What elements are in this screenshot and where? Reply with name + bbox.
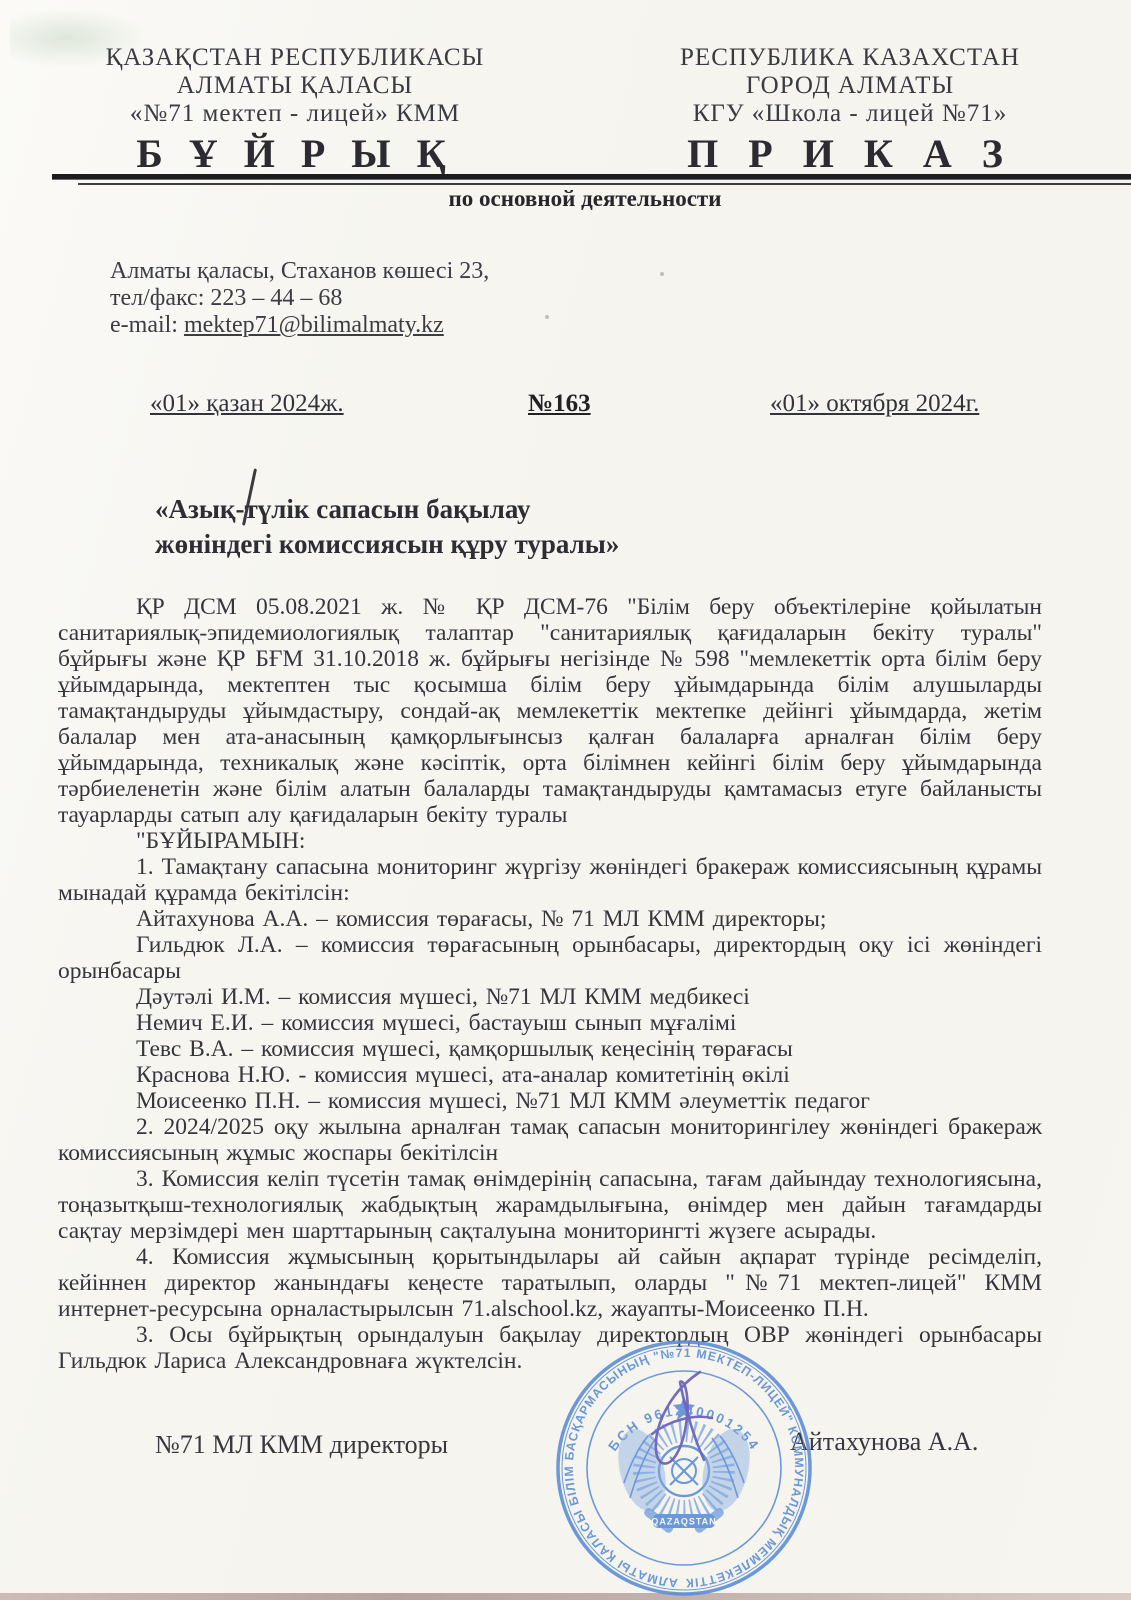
document-number: №163	[528, 390, 591, 418]
letterhead-kazakh: ҚАЗАҚСТАН РЕСПУБЛИКАСЫ АЛМАТЫ ҚАЛАСЫ «№7…	[95, 44, 495, 168]
order-clause: 3. Комиссия келіп түсетін тамақ өнімдері…	[58, 1166, 1042, 1244]
order-clause: 3. Осы бұйрықтың орындалуын бақылау дире…	[58, 1322, 1042, 1374]
commission-member: Тевс В.А. – комиссия мүшесі, қамқоршылық…	[58, 1036, 1042, 1062]
email-label: e-mail:	[110, 312, 184, 338]
signer-name: Айтахунова А.А.	[790, 1427, 978, 1457]
email-address: mektep71@bilimalmaty.kz	[184, 312, 444, 338]
school-line-ru: КГУ «Школа - лицей №71»	[645, 100, 1055, 128]
order-clause: "БҰЙЫРАМЫН:	[58, 828, 1042, 854]
signer-position: №71 МЛ КММ директоры	[155, 1430, 448, 1460]
email-line: e-mail: mektep71@bilimalmaty.kz	[110, 312, 489, 339]
country-line-kk: ҚАЗАҚСТАН РЕСПУБЛИКАСЫ	[95, 44, 495, 72]
header-rule-thick	[52, 174, 1131, 179]
city-line-kk: АЛМАТЫ ҚАЛАСЫ	[95, 72, 495, 100]
phone-line: тел/факс: 223 – 44 – 68	[110, 285, 489, 312]
commission-member: Дәутәлі И.М. – комиссия мүшесі, №71 МЛ К…	[58, 984, 1042, 1010]
commission-member: Немич Е.И. – комиссия мүшесі, бастауыш с…	[58, 1010, 1042, 1036]
school-line-kk: «№71 мектеп - лицей» КММ	[95, 100, 495, 128]
commission-member: Гильдюк Л.А. – комиссия төрағасының орын…	[58, 932, 1042, 984]
date-kazakh: «01» қазан 2024ж.	[150, 390, 344, 418]
official-stamp: АЛМАТЫ ҚАЛАСЫ БІЛІМ БАСҚАРМАСЫНЫҢ "№71 М…	[554, 1338, 818, 1600]
country-line-ru: РЕСПУБЛИКА КАЗАХСТАН	[645, 44, 1055, 72]
commission-member: Краснова Н.Ю. - комиссия мүшесі, ата-ана…	[58, 1062, 1042, 1088]
commission-member: Айтахунова А.А. – комиссия төрағасы, № 7…	[58, 906, 1042, 932]
order-body: ҚР ДСМ 05.08.2021 ж. № ҚР ДСМ-76 "Білім …	[58, 594, 1042, 1374]
address-line: Алматы қаласы, Стаханов көшесі 23,	[110, 258, 489, 285]
order-paragraph: ҚР ДСМ 05.08.2021 ж. № ҚР ДСМ-76 "Білім …	[58, 594, 1042, 828]
scan-speck	[545, 315, 549, 319]
order-word-ru: П Р И К А З	[645, 140, 1055, 168]
order-type-caption: по основной деятельности	[40, 186, 1130, 212]
scan-speck	[660, 272, 664, 276]
subject-line-1: «Азық-түлік сапасын бақылау	[155, 492, 619, 527]
subject-line-2: жөніндегі комиссиясын құру туралы»	[155, 527, 619, 562]
commission-member: Моисеенко П.Н. – комиссия мүшесі, №71 МЛ…	[58, 1088, 1042, 1114]
letterhead-russian: РЕСПУБЛИКА КАЗАХСТАН ГОРОД АЛМАТЫ КГУ «Ш…	[645, 44, 1055, 168]
stamp-banner-text: QAZAQSTAN	[651, 1517, 716, 1527]
order-subject: «Азық-түлік сапасын бақылау жөніндегі ко…	[155, 492, 619, 562]
city-line-ru: ГОРОД АЛМАТЫ	[645, 72, 1055, 100]
order-clause: 4. Комиссия жұмысының қорытындылары ай с…	[58, 1244, 1042, 1322]
contact-block: Алматы қаласы, Стаханов көшесі 23, тел/ф…	[110, 258, 489, 339]
order-clause: 1. Тамақтану сапасына мониторинг жүргізу…	[58, 854, 1042, 906]
order-clause: 2. 2024/2025 оқу жылына арналған тамақ с…	[58, 1114, 1042, 1166]
date-russian: «01» октября 2024г.	[770, 390, 979, 418]
header-rule-thin	[78, 183, 1131, 185]
order-word-kk: Б Ұ Й Р Ы Қ	[95, 140, 495, 168]
